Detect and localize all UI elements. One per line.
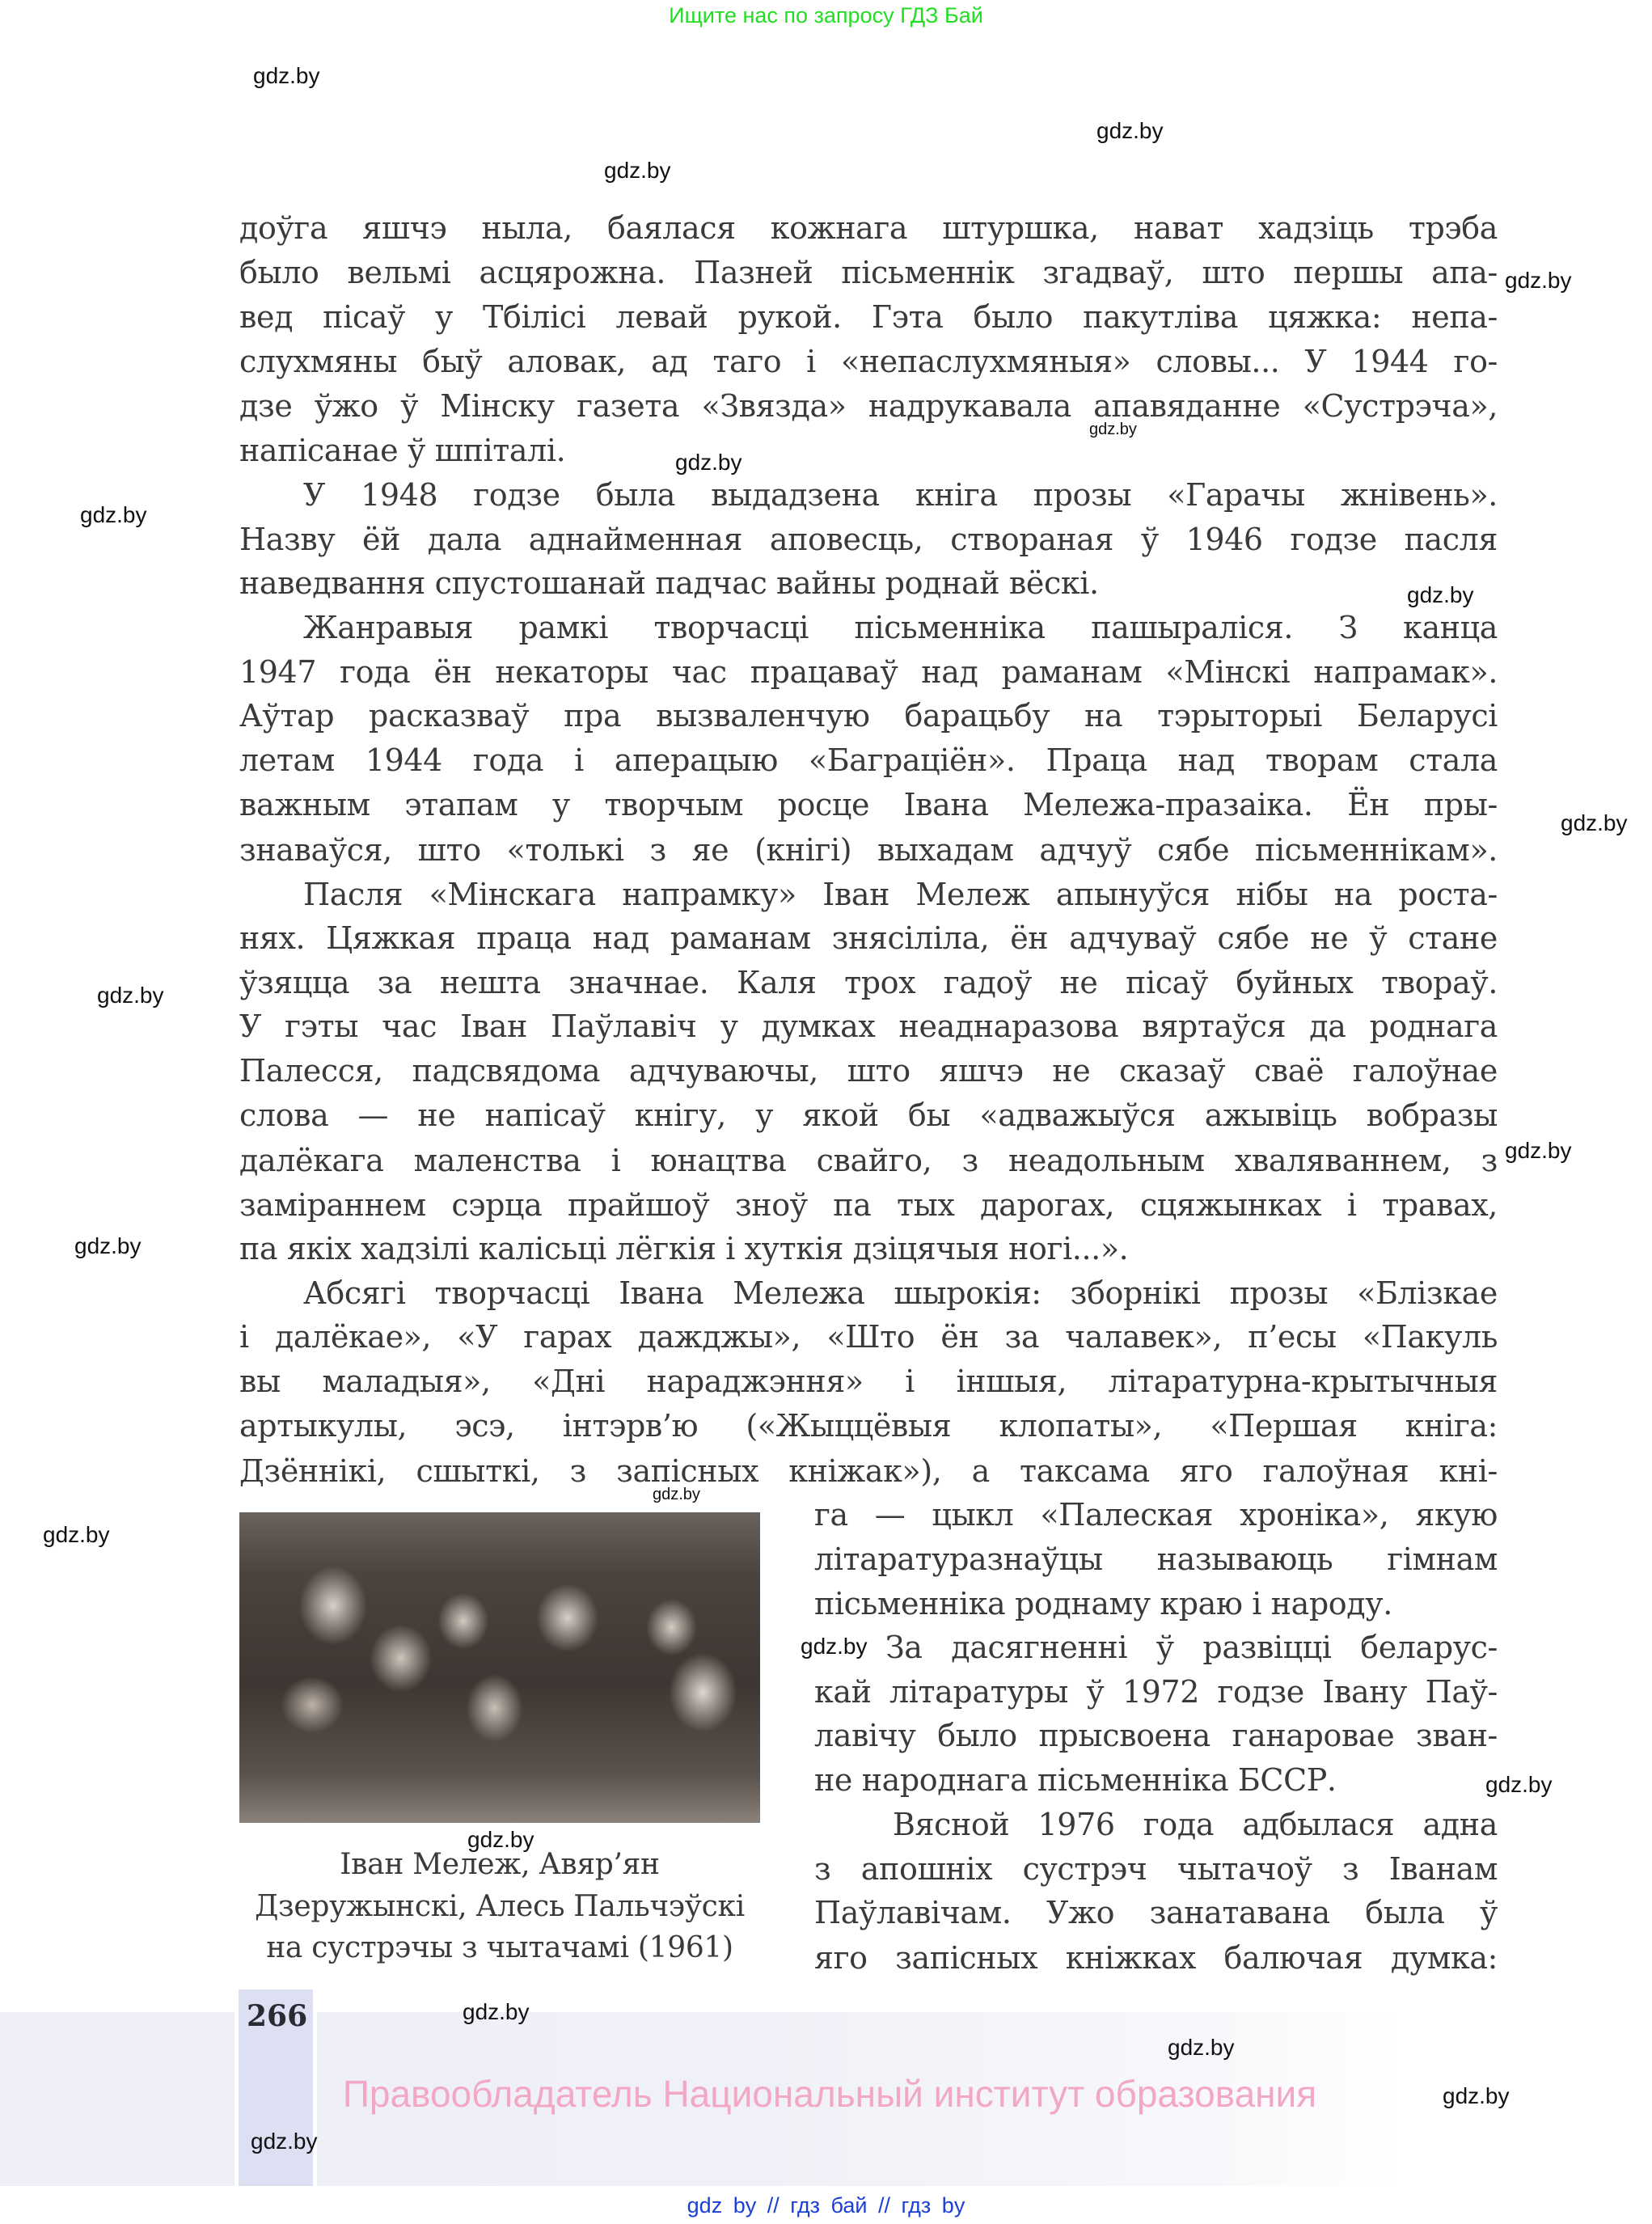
photo-caption-line: Іван Мележ, Авяр’ян [239,1844,760,1886]
text-line: з апошніх сустрэч чытачоў з Іванам [814,1847,1498,1892]
copyright-notice: Правообладатель Национальный институт об… [296,2072,1363,2116]
text-line: вед пісаў у Тбілісі левай рукой. Гэта бы… [239,295,1498,340]
text-line: Вясной 1976 года адбылася адна [893,1803,1498,1847]
text-line: слухмяны быў аловак, ад таго і «непаслух… [239,340,1498,384]
text-line: лавічу было прысвоена ганаровае зван- [814,1714,1498,1758]
text-line: яго запісных кніжках балючая думка: [814,1936,1498,1981]
footer-links: gdz by // гдз бай // гдз by [0,2193,1652,2218]
watermark: gdz.by [80,502,147,528]
text-line: га — цыкл «Палеская хроніка», якую [814,1493,1498,1537]
watermark: gdz.by [74,1233,142,1259]
text-line: па якіх хадзілі калісьці лёгкія і хуткія… [239,1227,1498,1271]
text-line: Абсягі творчасці Івана Мележа шырокія: з… [303,1271,1498,1316]
text-line: наведвання спустошанай падчас вайны родн… [239,561,1498,606]
text-line: заміраннем сэрца прайшоў зноў па тых дар… [239,1183,1498,1228]
text-line: Пасля «Мінскага напрамку» Іван Мележ апы… [303,873,1498,917]
watermark: gdz.by [43,1522,110,1548]
photo-writers-meeting-readers [239,1512,760,1823]
text-line: пісьменніка роднаму краю і народу. [814,1582,1498,1626]
text-line: У 1948 годзе была выдадзена кніга прозы … [303,473,1498,518]
text-line: было вельмі асцярожна. Пазней пісьменнік… [239,251,1498,295]
watermark: gdz.by [1505,1138,1572,1164]
watermark: gdz.by [97,983,164,1008]
page-number: 266 [247,1999,307,2033]
text-line: За дасягненні ў развіцці беларус- [885,1626,1498,1670]
watermark: gdz.by [1505,268,1572,294]
text-line: нях. Цяжкая праца над раманам знясіліла,… [239,916,1498,961]
text-line: Назву ёй дала аднайменная аповесць, ство… [239,518,1498,562]
text-line: Жанравыя рамкі творчасці пісьменніка паш… [303,606,1498,650]
text-line: вы маладыя», «Дні нараджэння» і іншыя, л… [239,1359,1498,1404]
footer-separator: // [878,2193,890,2218]
watermark: gdz.by [604,158,671,184]
search-banner: Ищите нас по запросу ГДЗ Бай [0,3,1652,28]
text-line: артыкулы, эсэ, інтэрв’ю («Жыццёвыя клопа… [239,1404,1498,1448]
text-line: доўга яшчэ ныла, баялася кожнага штуршка… [239,206,1498,251]
text-line: 1947 года ён некаторы час працаваў над р… [239,650,1498,695]
text-line: Дзённікі, сшыткі, з запісных кніжак»), а… [239,1449,1498,1494]
footer-link-gdz-by-cyr[interactable]: гдз by [902,2193,965,2218]
text-line: Аўтар расказваў пра вызваленчую барацьбу… [239,694,1498,738]
footer-link-gdz-by[interactable]: gdz by [687,2193,757,2218]
text-line: важным этапам у творчым росце Івана Меле… [239,783,1498,827]
watermark: gdz.by [801,1634,868,1660]
photo-caption-line: Дзеружынскі, Алесь Пальчэўскі [239,1886,760,1928]
watermark: gdz.by [253,63,320,89]
footer-separator: // [767,2193,780,2218]
text-line: У гэты час Іван Паўлавіч у думках неадна… [239,1004,1498,1049]
watermark: gdz.by [251,2129,318,2154]
text-line: Паўлавічам. Ужо занатавана была ў [814,1891,1498,1935]
text-line: кай літаратуры ў 1972 годзе Івану Паў- [814,1670,1498,1715]
watermark: gdz.by [1443,2083,1510,2109]
photo-caption-line: на сустрэчы з чытачамі (1961) [239,1927,760,1969]
text-line: напісанае ў шпіталі. [239,429,1498,473]
watermark: gdz.by [1561,810,1628,836]
text-line: не народнага пісьменніка БССР. [814,1758,1498,1803]
text-line: далёкага маленства і юнацтва свайго, з н… [239,1139,1498,1183]
text-line: ўзяцца за нешта значнае. Каля трох гадоў… [239,961,1498,1005]
text-line: дзе ўжо ў Мінску газета «Звязда» надрука… [239,384,1498,429]
text-line: слова — не напісаў кнігу, у якой бы «адв… [239,1093,1498,1138]
watermark: gdz.by [1168,2035,1235,2061]
text-line: літаратуразнаўцы называюць гімнам [814,1537,1498,1582]
watermark: gdz.by [463,1999,530,2025]
text-line: Палесся, падсвядома адчуваючы, што яшчэ … [239,1049,1498,1093]
watermark: gdz.by [1096,118,1164,144]
text-line: і далёкае», «У гарах дажджы», «Што ён за… [239,1315,1498,1359]
text-line: знаваўся, што «толькі з яе (кнігі) выхад… [239,828,1498,873]
footer-link-gdz-bai[interactable]: гдз бай [790,2193,867,2218]
text-line: летам 1944 года і аперацыю «Баграціён». … [239,738,1498,783]
